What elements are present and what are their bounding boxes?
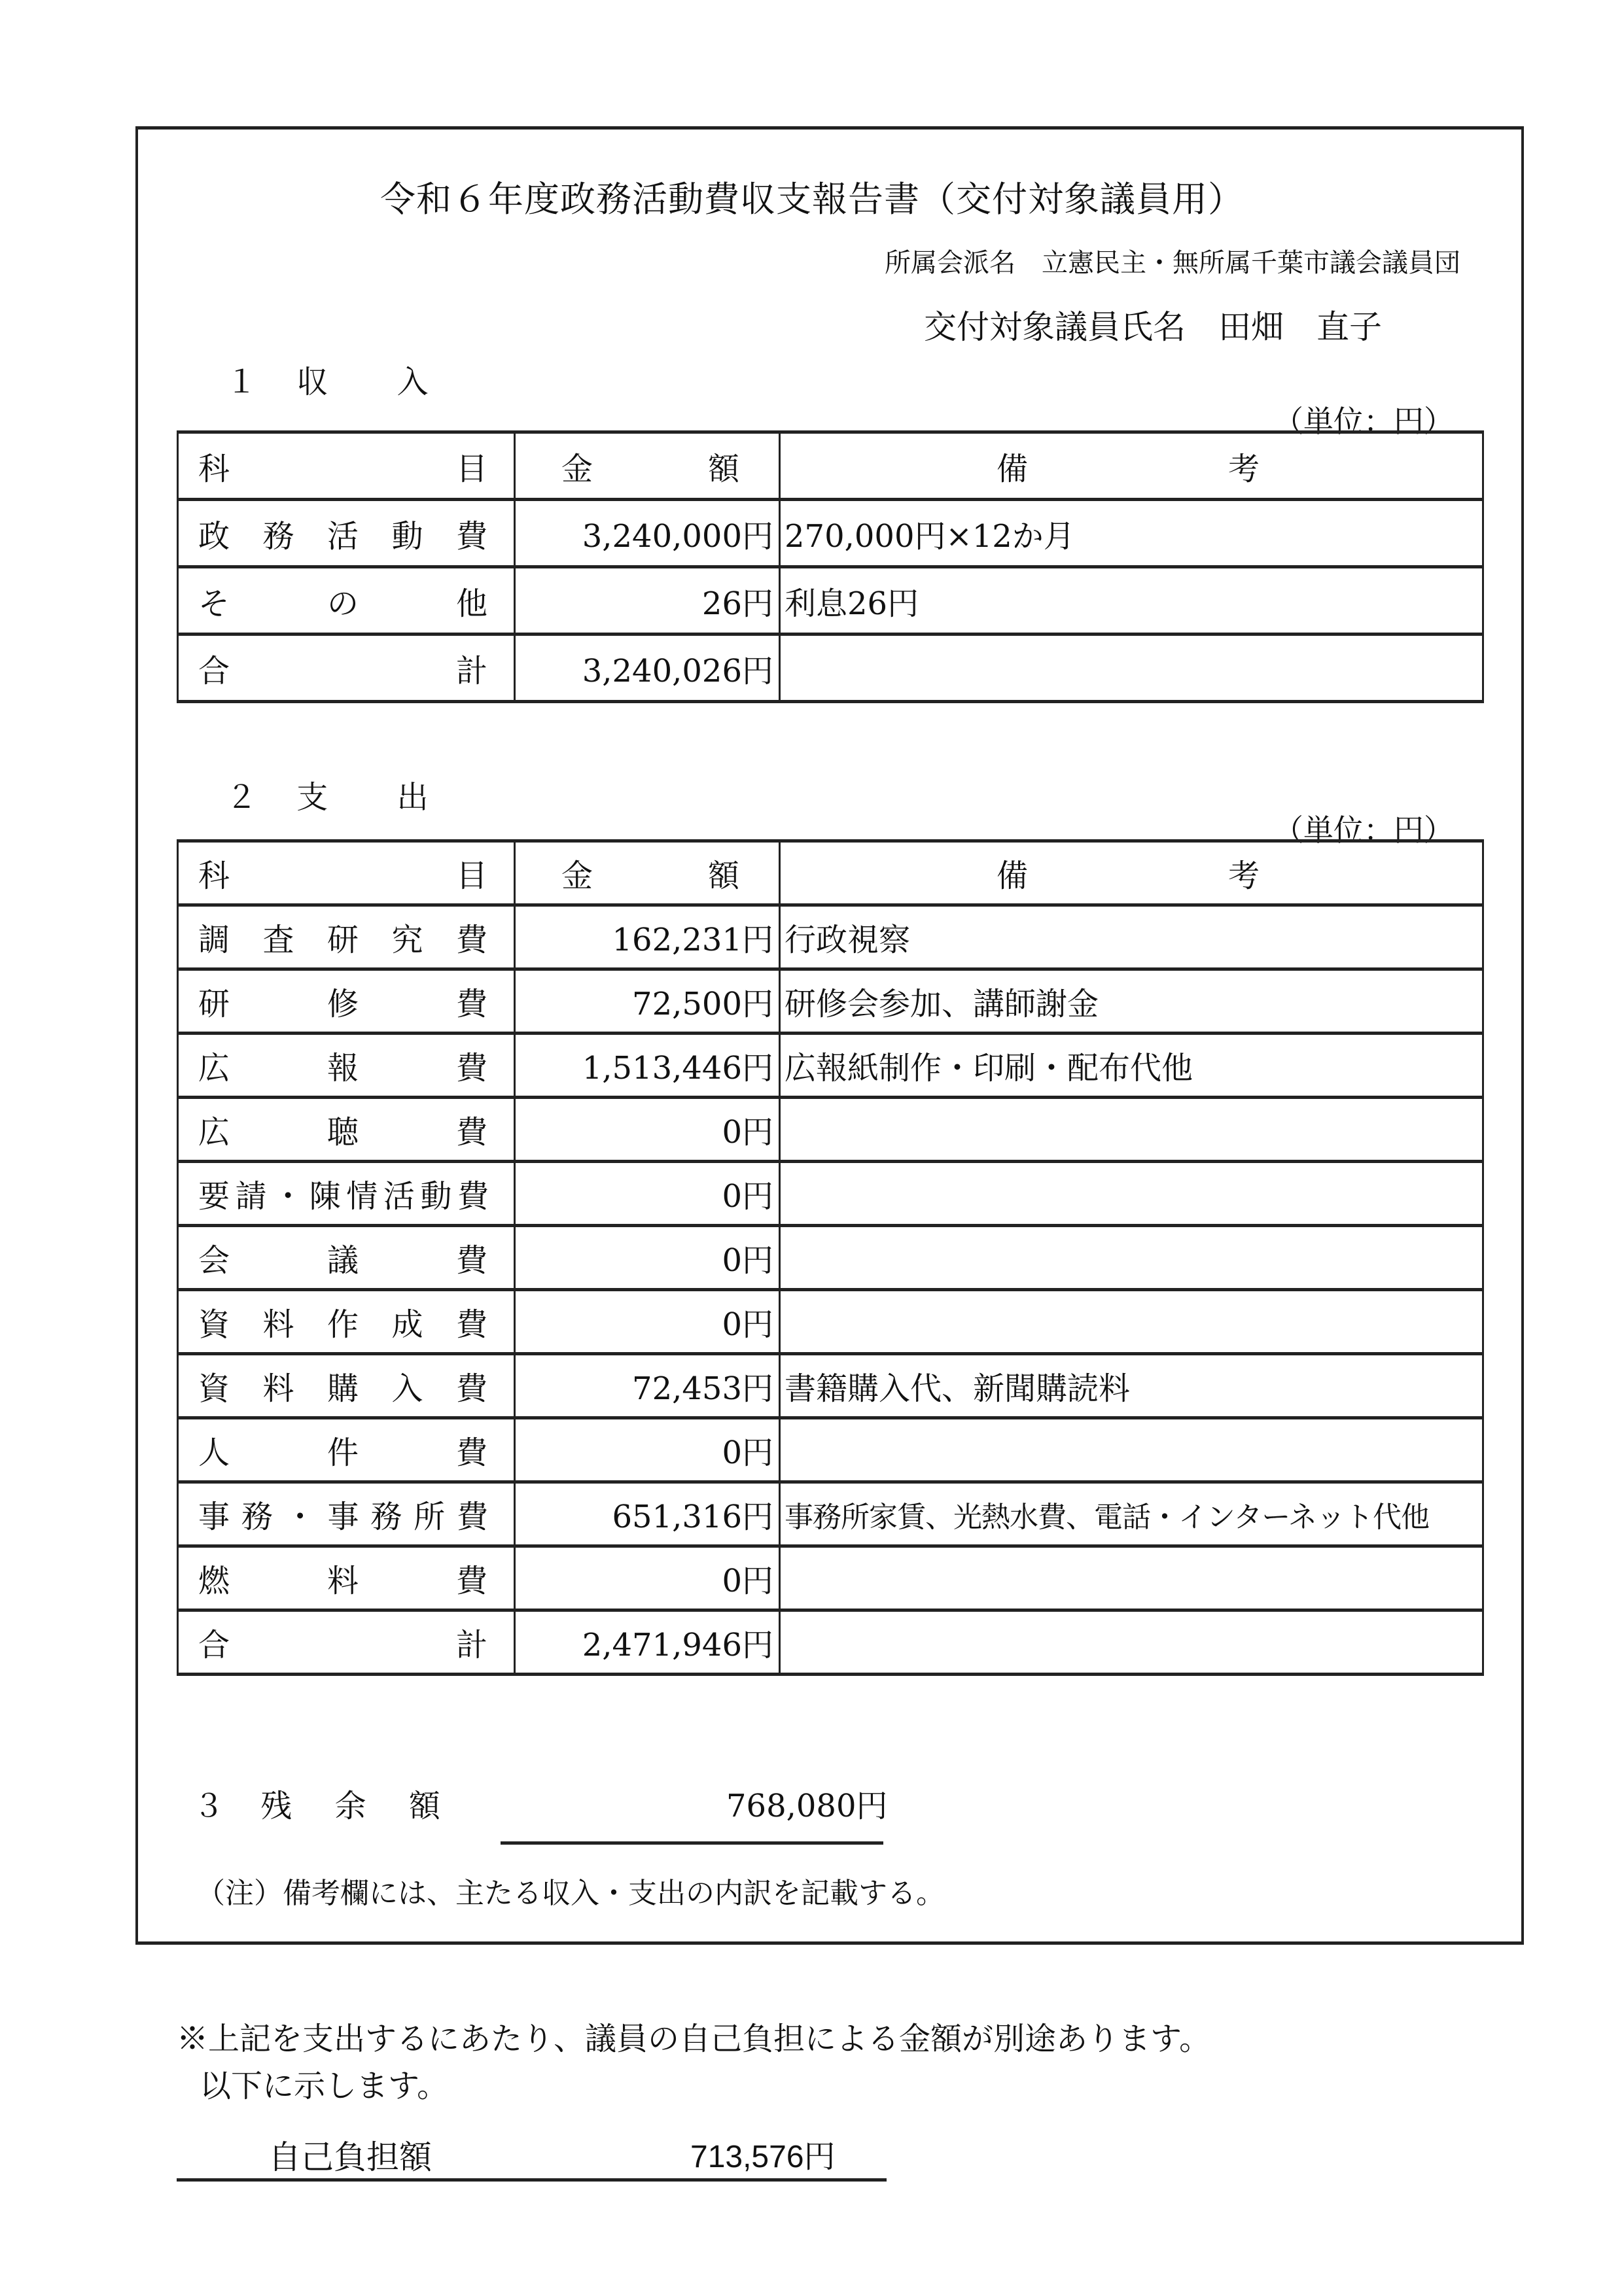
table-row: 人件費 0円 — [178, 1418, 1483, 1482]
row-amount: 72,453円 — [515, 1354, 780, 1418]
row-amount: 0円 — [515, 1290, 780, 1354]
balance-label-char: 残 — [260, 1781, 292, 1826]
section-title-char: 出 — [397, 772, 429, 817]
row-subject: 合計 — [178, 1610, 515, 1675]
row-subject: 資料購入費 — [178, 1354, 515, 1418]
row-amount: 1,513,446円 — [515, 1034, 780, 1098]
table-header-row: 科目 金額 備考 — [178, 841, 1483, 905]
row-subject: 要請・陳情活動費 — [178, 1162, 515, 1226]
table-total-row: 合計 2,471,946円 — [178, 1610, 1483, 1675]
row-remarks — [780, 1418, 1483, 1482]
row-remarks: 事務所家賃、光熱水費、電話・インターネット代他 — [780, 1482, 1483, 1546]
row-remarks — [780, 1162, 1483, 1226]
row-subject: 合計 — [178, 635, 515, 702]
table-total-row: 合計 3,240,026円 — [178, 635, 1483, 702]
row-amount: 0円 — [515, 1546, 780, 1610]
section-title-char: 支 — [296, 772, 328, 817]
member-value: 田畑 直子 — [1218, 308, 1382, 346]
row-amount: 651,316円 — [515, 1482, 780, 1546]
header-remarks: 備考 — [780, 841, 1483, 905]
affiliation-label: 所属会派名 — [885, 248, 1015, 278]
row-remarks — [780, 1290, 1483, 1354]
row-amount: 3,240,026円 — [515, 635, 780, 702]
row-amount: 0円 — [515, 1098, 780, 1162]
header-amount: 金額 — [515, 841, 780, 905]
row-amount: 0円 — [515, 1162, 780, 1226]
income-section-heading: １ 収 入 — [226, 357, 429, 402]
section-number: ２ — [226, 772, 257, 817]
self-burden-underline — [177, 2178, 887, 2182]
affiliation-value: 立憲民主・無所属千葉市議会議員団 — [1042, 248, 1460, 278]
expense-table: 科目 金額 備考 調査研究費 162,231円 行政視察 研修費 72,500円… — [177, 839, 1484, 1676]
row-remarks — [780, 1610, 1483, 1675]
row-remarks: 広報紙制作・印刷・配布代他 — [780, 1034, 1483, 1098]
row-subject: 資料作成費 — [178, 1290, 515, 1354]
row-remarks: 書籍購入代、新聞購読料 — [780, 1354, 1483, 1418]
row-amount: 3,240,000円 — [515, 500, 780, 567]
row-subject: 人件費 — [178, 1418, 515, 1482]
remarks-note: （注）備考欄には、主たる収入・支出の内訳を記載する。 — [196, 1870, 945, 1911]
balance-label-char: 余 — [335, 1781, 366, 1826]
self-burden-label: 自己負担額 — [268, 2131, 432, 2178]
row-subject: 会議費 — [178, 1226, 515, 1290]
row-subject: 広報費 — [178, 1034, 515, 1098]
balance-label-char: 額 — [409, 1781, 440, 1826]
row-amount: 0円 — [515, 1226, 780, 1290]
table-row: 資料購入費 72,453円 書籍購入代、新聞購読料 — [178, 1354, 1483, 1418]
header-subject: 科目 — [178, 432, 515, 500]
section-title-char: 入 — [397, 357, 429, 402]
row-amount: 162,231円 — [515, 905, 780, 969]
balance-underline — [501, 1841, 883, 1845]
balance-value: 768,080円 — [726, 1781, 888, 1826]
supplement-line-1: ※上記を支出するにあたり、議員の自己負担による金額が別途あります。 — [177, 2013, 1210, 2059]
table-row: 要請・陳情活動費 0円 — [178, 1162, 1483, 1226]
row-remarks — [780, 1098, 1483, 1162]
table-row: その他 26円 利息26円 — [178, 567, 1483, 635]
section-number: １ — [226, 357, 257, 402]
table-row: 会議費 0円 — [178, 1226, 1483, 1290]
row-amount: 72,500円 — [515, 969, 780, 1034]
row-remarks: 行政視察 — [780, 905, 1483, 969]
affiliation: 所属会派名 立憲民主・無所属千葉市議会議員団 — [885, 242, 1460, 279]
table-row: 政務活動費 3,240,000円 270,000円×12か月 — [178, 500, 1483, 567]
income-table: 科目 金額 備考 政務活動費 3,240,000円 270,000円×12か月 … — [177, 430, 1484, 703]
row-subject: その他 — [178, 567, 515, 635]
row-remarks — [780, 635, 1483, 702]
header-amount: 金額 — [515, 432, 780, 500]
row-subject: 燃料費 — [178, 1546, 515, 1610]
expense-section-heading: ２ 支 出 — [226, 772, 429, 817]
table-row: 燃料費 0円 — [178, 1546, 1483, 1610]
supplement-line-2: 以下に示します。 — [200, 2061, 448, 2106]
row-amount: 26円 — [515, 567, 780, 635]
table-row: 広報費 1,513,446円 広報紙制作・印刷・配布代他 — [178, 1034, 1483, 1098]
row-remarks — [780, 1546, 1483, 1610]
row-amount: 2,471,946円 — [515, 1610, 780, 1675]
row-remarks — [780, 1226, 1483, 1290]
row-subject: 事務・事務所費 — [178, 1482, 515, 1546]
section-number: ３ — [193, 1781, 224, 1826]
page-title: 令和６年度政務活動費収支報告書（交付対象議員用） — [0, 171, 1624, 222]
section-title-char: 収 — [296, 357, 328, 402]
table-row: 研修費 72,500円 研修会参加、講師謝金 — [178, 969, 1483, 1034]
self-burden-value: 713,576円 — [690, 2131, 836, 2176]
row-subject: 研修費 — [178, 969, 515, 1034]
row-remarks: 利息26円 — [780, 567, 1483, 635]
member-label: 交付対象議員氏名 — [924, 308, 1186, 346]
member-name: 交付対象議員氏名 田畑 直子 — [924, 301, 1382, 348]
row-remarks: 研修会参加、講師謝金 — [780, 969, 1483, 1034]
header-remarks: 備考 — [780, 432, 1483, 500]
balance-label: ３ 残 余 額 — [193, 1781, 440, 1826]
table-row: 資料作成費 0円 — [178, 1290, 1483, 1354]
table-row: 広聴費 0円 — [178, 1098, 1483, 1162]
table-row: 事務・事務所費 651,316円 事務所家賃、光熱水費、電話・インターネット代他 — [178, 1482, 1483, 1546]
row-remarks: 270,000円×12か月 — [780, 500, 1483, 567]
header-subject: 科目 — [178, 841, 515, 905]
table-header-row: 科目 金額 備考 — [178, 432, 1483, 500]
table-row: 調査研究費 162,231円 行政視察 — [178, 905, 1483, 969]
row-subject: 調査研究費 — [178, 905, 515, 969]
row-amount: 0円 — [515, 1418, 780, 1482]
row-subject: 政務活動費 — [178, 500, 515, 567]
row-subject: 広聴費 — [178, 1098, 515, 1162]
